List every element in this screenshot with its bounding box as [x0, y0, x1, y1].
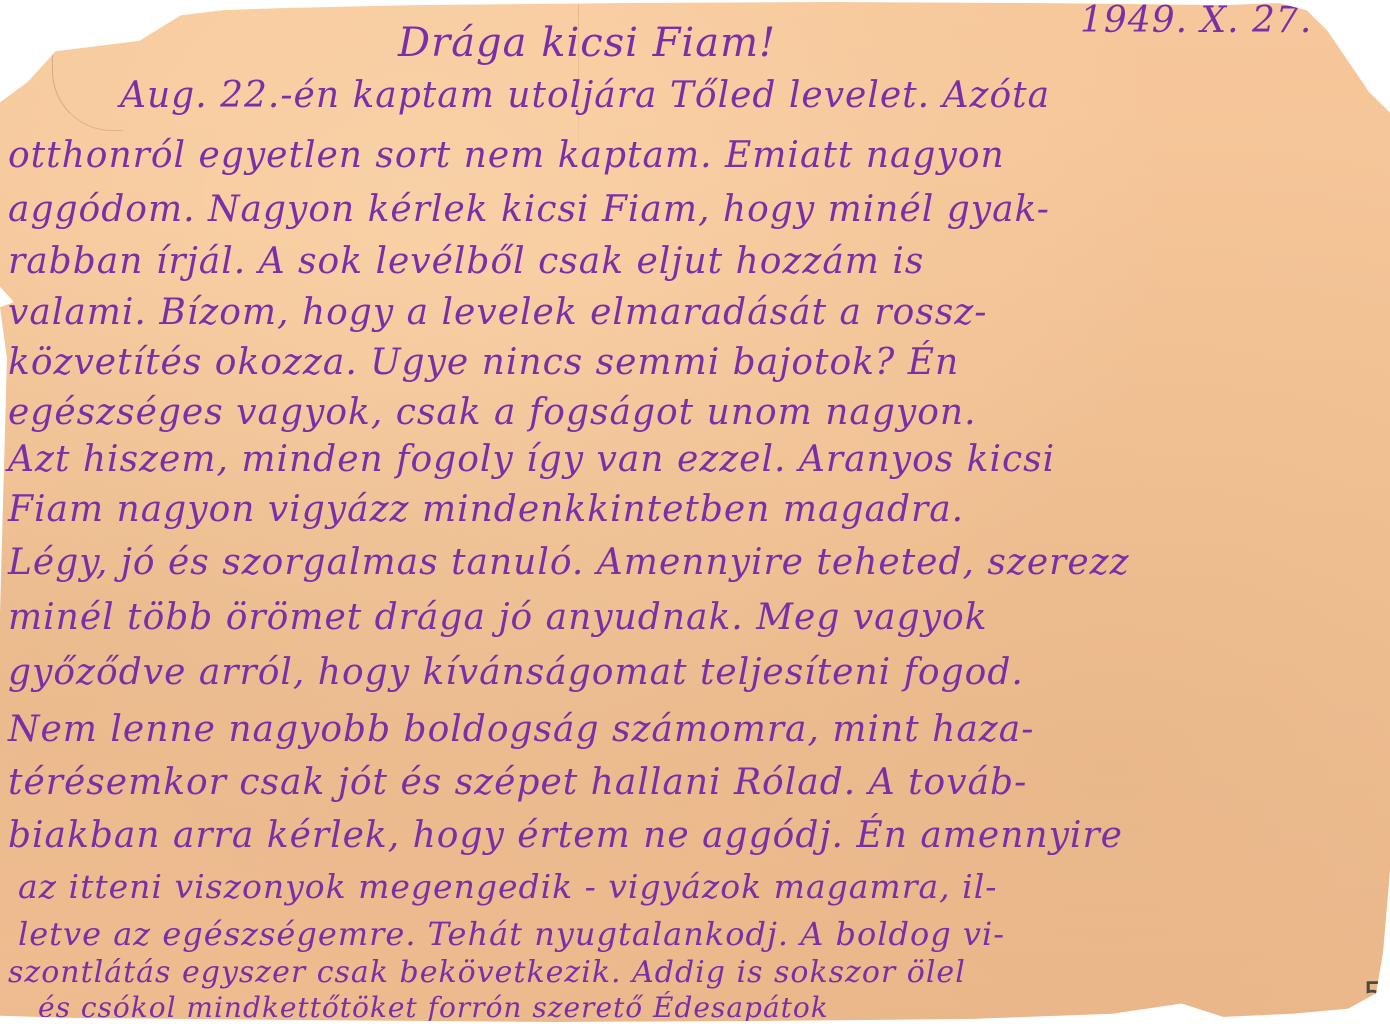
letter-line: letve az egészségemre. Tehát nyugtalanko…	[18, 918, 1005, 950]
letter-line: Légy, jó és szorgalmas tanuló. Amennyire…	[8, 545, 1130, 581]
letter-line: biakban arra kérlek, hogy értem ne aggód…	[8, 818, 1123, 854]
letter-line: és csókol mindkettőtöket forrón szerető …	[38, 994, 829, 1022]
letter-line: Aug. 22.-én kaptam utoljára Tőled levele…	[120, 78, 1050, 114]
letter-line: térésemkor csak jót és szépet hallani Ró…	[8, 765, 1027, 801]
letter-salutation: Drága kicsi Fiam!	[398, 20, 776, 66]
letter-date: 1949. X. 27.	[1080, 0, 1312, 41]
letter-line: győződve arról, hogy kívánságomat teljes…	[8, 655, 1024, 691]
page-number: 5	[1363, 975, 1385, 1015]
letter-paper: Drága kicsi Fiam! 1949. X. 27. Aug. 22.-…	[0, 0, 1390, 1024]
paper-crease	[52, 20, 123, 131]
letter-line: otthonról egyetlen sort nem kaptam. Emia…	[8, 138, 1005, 174]
letter-line: szontlátás egyszer csak bekövetkezik. Ad…	[8, 958, 966, 988]
letter-line: Fiam nagyon vigyázz mindenkkintetben mag…	[8, 492, 964, 528]
letter-line: az itteni viszonyok megengedik - vigyázo…	[18, 870, 997, 903]
letter-line: aggódom. Nagyon kérlek kicsi Fiam, hogy …	[8, 192, 1050, 228]
letter-line: Azt hiszem, minden fogoly így van ezzel.…	[8, 442, 1055, 478]
letter-line: egészséges vagyok, csak a fogságot unom …	[8, 395, 977, 431]
letter-line: Nem lenne nagyobb boldogság számomra, mi…	[8, 712, 1034, 748]
letter-line: minél több örömet drága jó anyudnak. Meg…	[8, 600, 988, 636]
letter-line: rabban írjál. A sok levélből csak eljut …	[8, 244, 924, 280]
letter-line: valami. Bízom, hogy a levelek elmaradásá…	[8, 295, 987, 331]
letter-line: közvetítés okozza. Ugye nincs semmi bajo…	[8, 345, 959, 381]
